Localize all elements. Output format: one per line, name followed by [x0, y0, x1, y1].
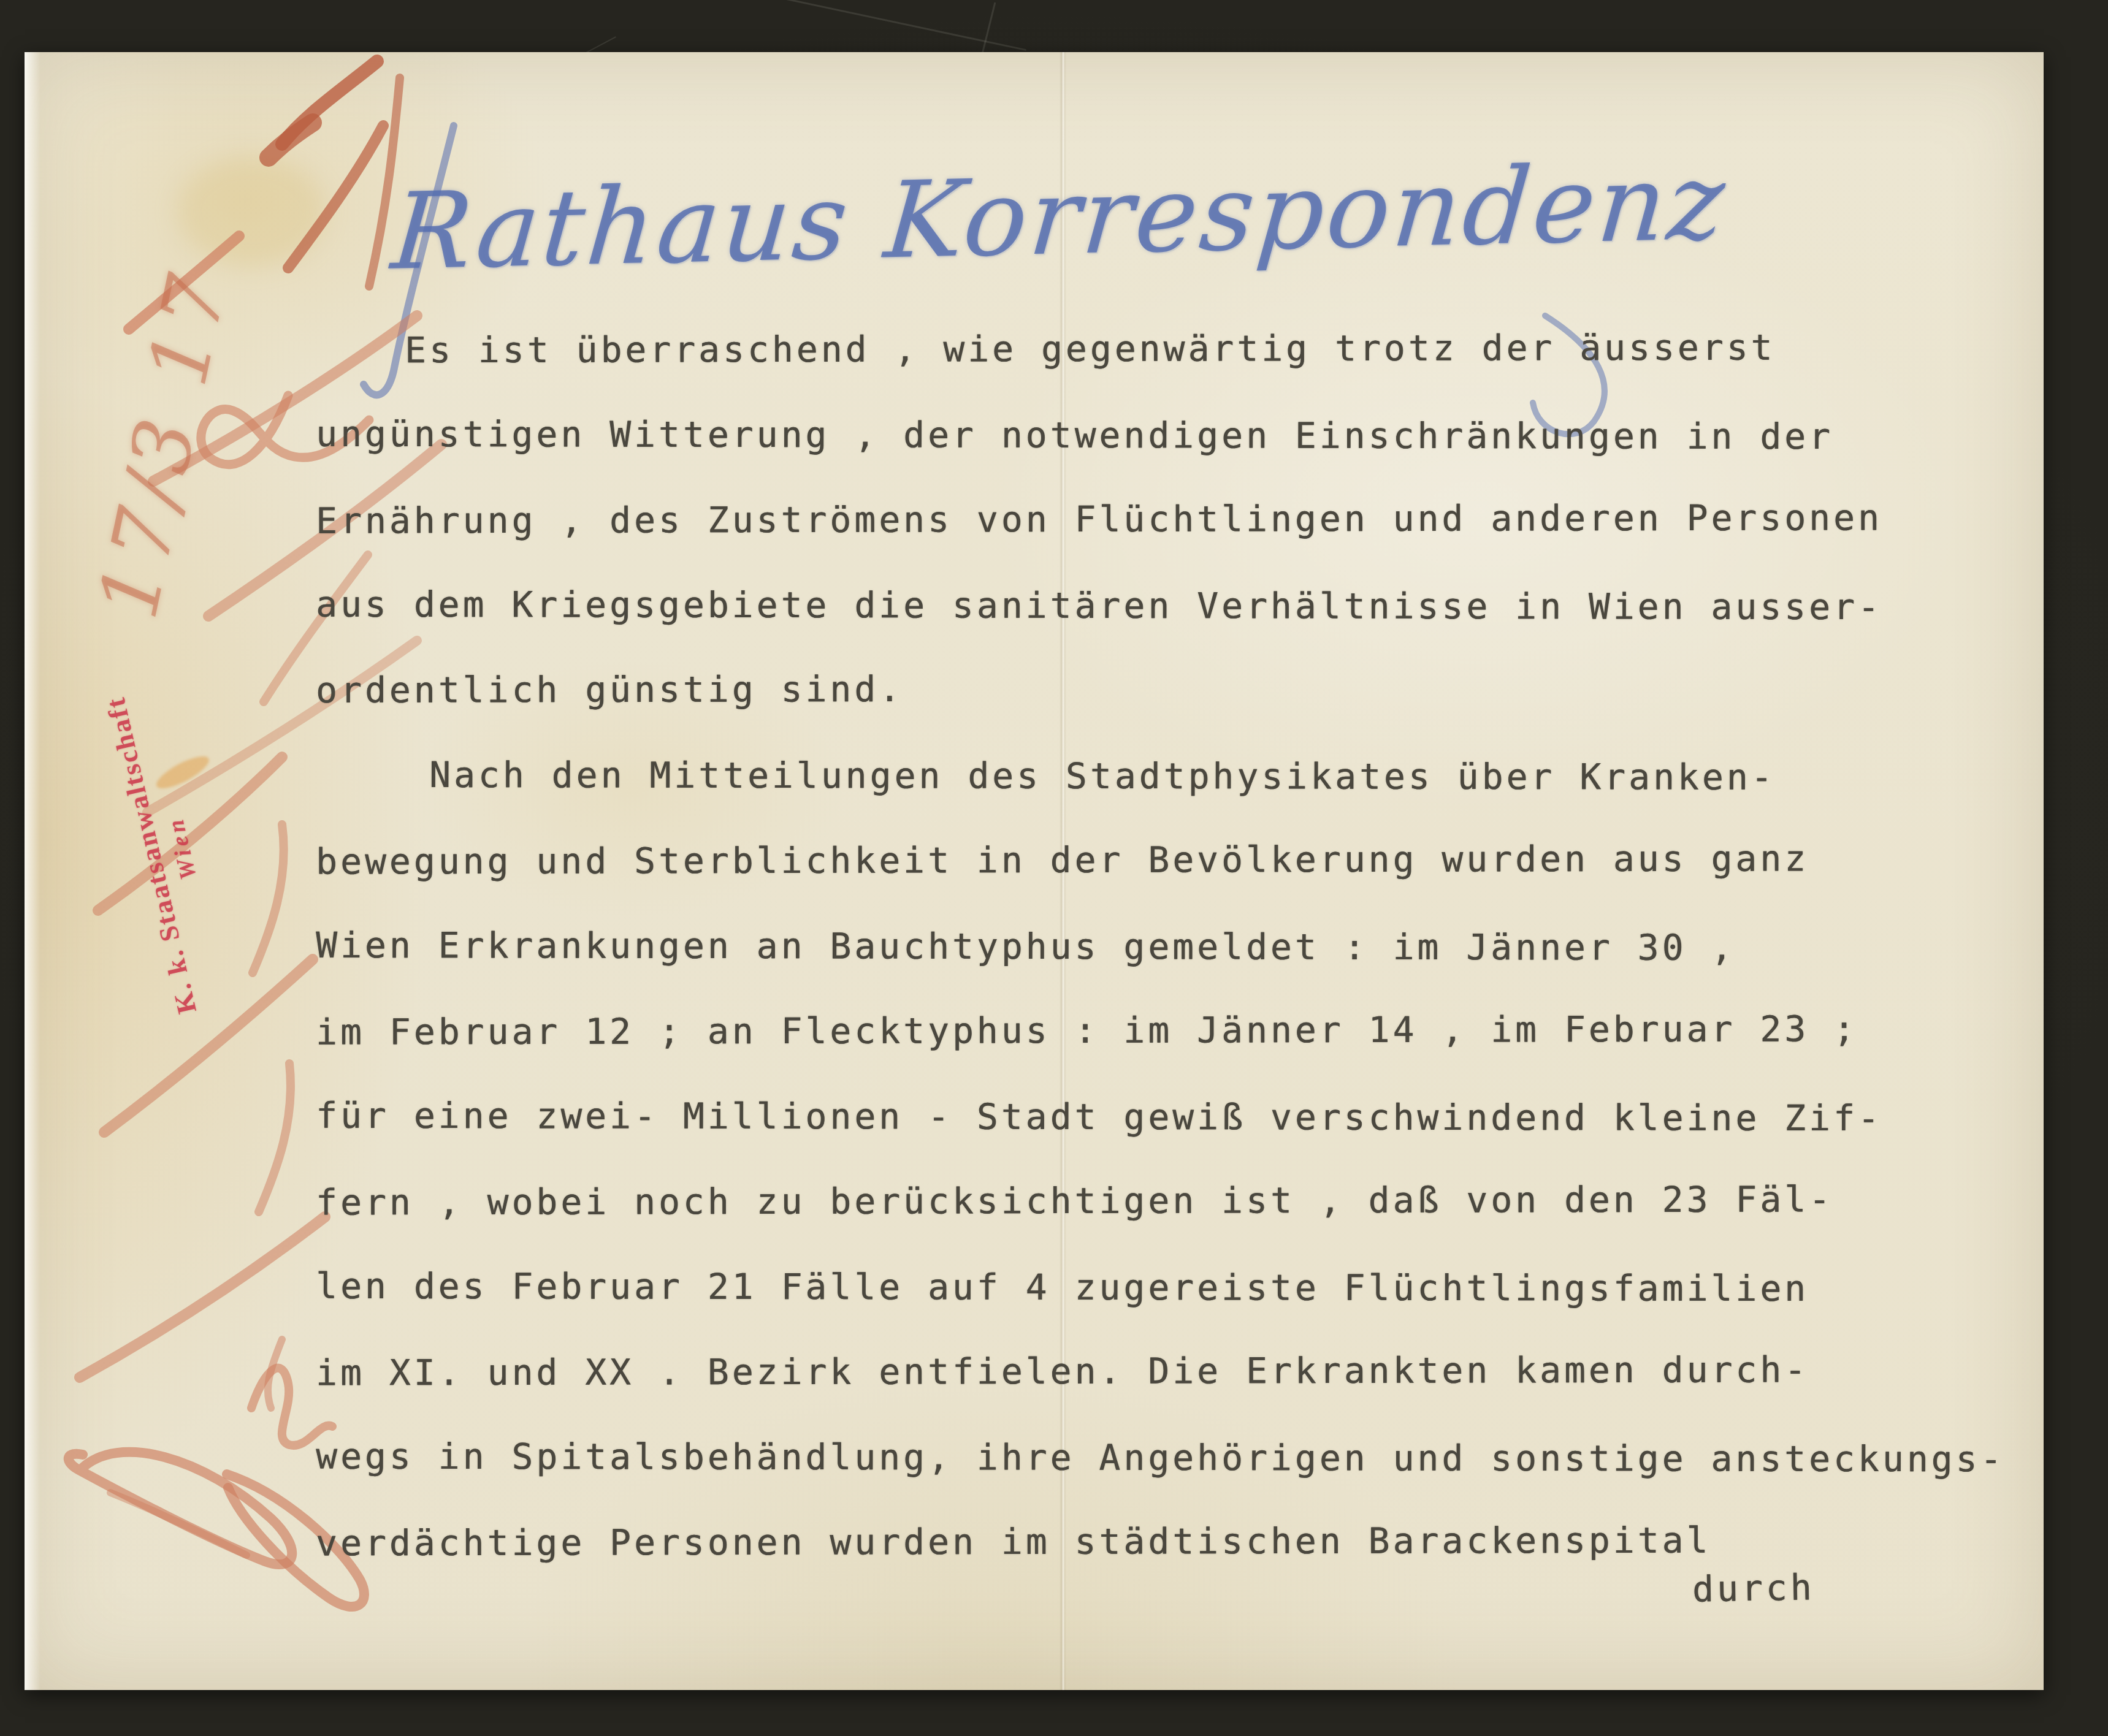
typed-line: aus dem Kriegsgebiete die sanitären Verh…: [316, 584, 1882, 628]
typed-line: wegs in Spitalsbehändlung, ihre Angehöri…: [316, 1436, 2005, 1480]
typed-line: Nach den Mitteilungen des Stadtphysikate…: [429, 754, 1776, 798]
typed-line: fern , wobei noch zu berücksichtigen ist…: [316, 1178, 1833, 1223]
document-page: Rathaus Korrespondenz Es ist überraschen…: [25, 52, 2044, 1690]
scan-background: Rathaus Korrespondenz Es ist überraschen…: [0, 0, 2108, 1736]
typed-line: Wien Erkrankungen an Bauchtyphus gemelde…: [316, 924, 1735, 969]
typed-line: Ernährung , des Zuströmens von Flüchtlin…: [316, 497, 1882, 541]
frame-scratch: [690, 0, 1026, 51]
typed-line: für eine zwei- Millionen - Stadt gewiß v…: [316, 1095, 1882, 1139]
typed-line: im XI. und XX . Bezirk entfielen. Die Er…: [316, 1349, 1809, 1393]
typed-line: len des Februar 21 Fälle auf 4 zugereist…: [316, 1265, 1809, 1309]
typed-line: bewegung und Sterblichkeit in der Bevölk…: [316, 837, 1809, 882]
typed-line: ordentlich günstig sind.: [316, 668, 903, 711]
typed-line: im Februar 12 ; an Flecktyphus : im Jänn…: [316, 1008, 1858, 1053]
typed-line: ungünstigen Witterung , der notwendigen …: [316, 413, 1833, 457]
typed-line: verdächtige Personen wurden im städtisch…: [316, 1520, 1711, 1564]
typed-line: Es ist überraschend , wie gegenwärtig tr…: [405, 327, 1776, 371]
catchword: durch: [1692, 1566, 1815, 1610]
